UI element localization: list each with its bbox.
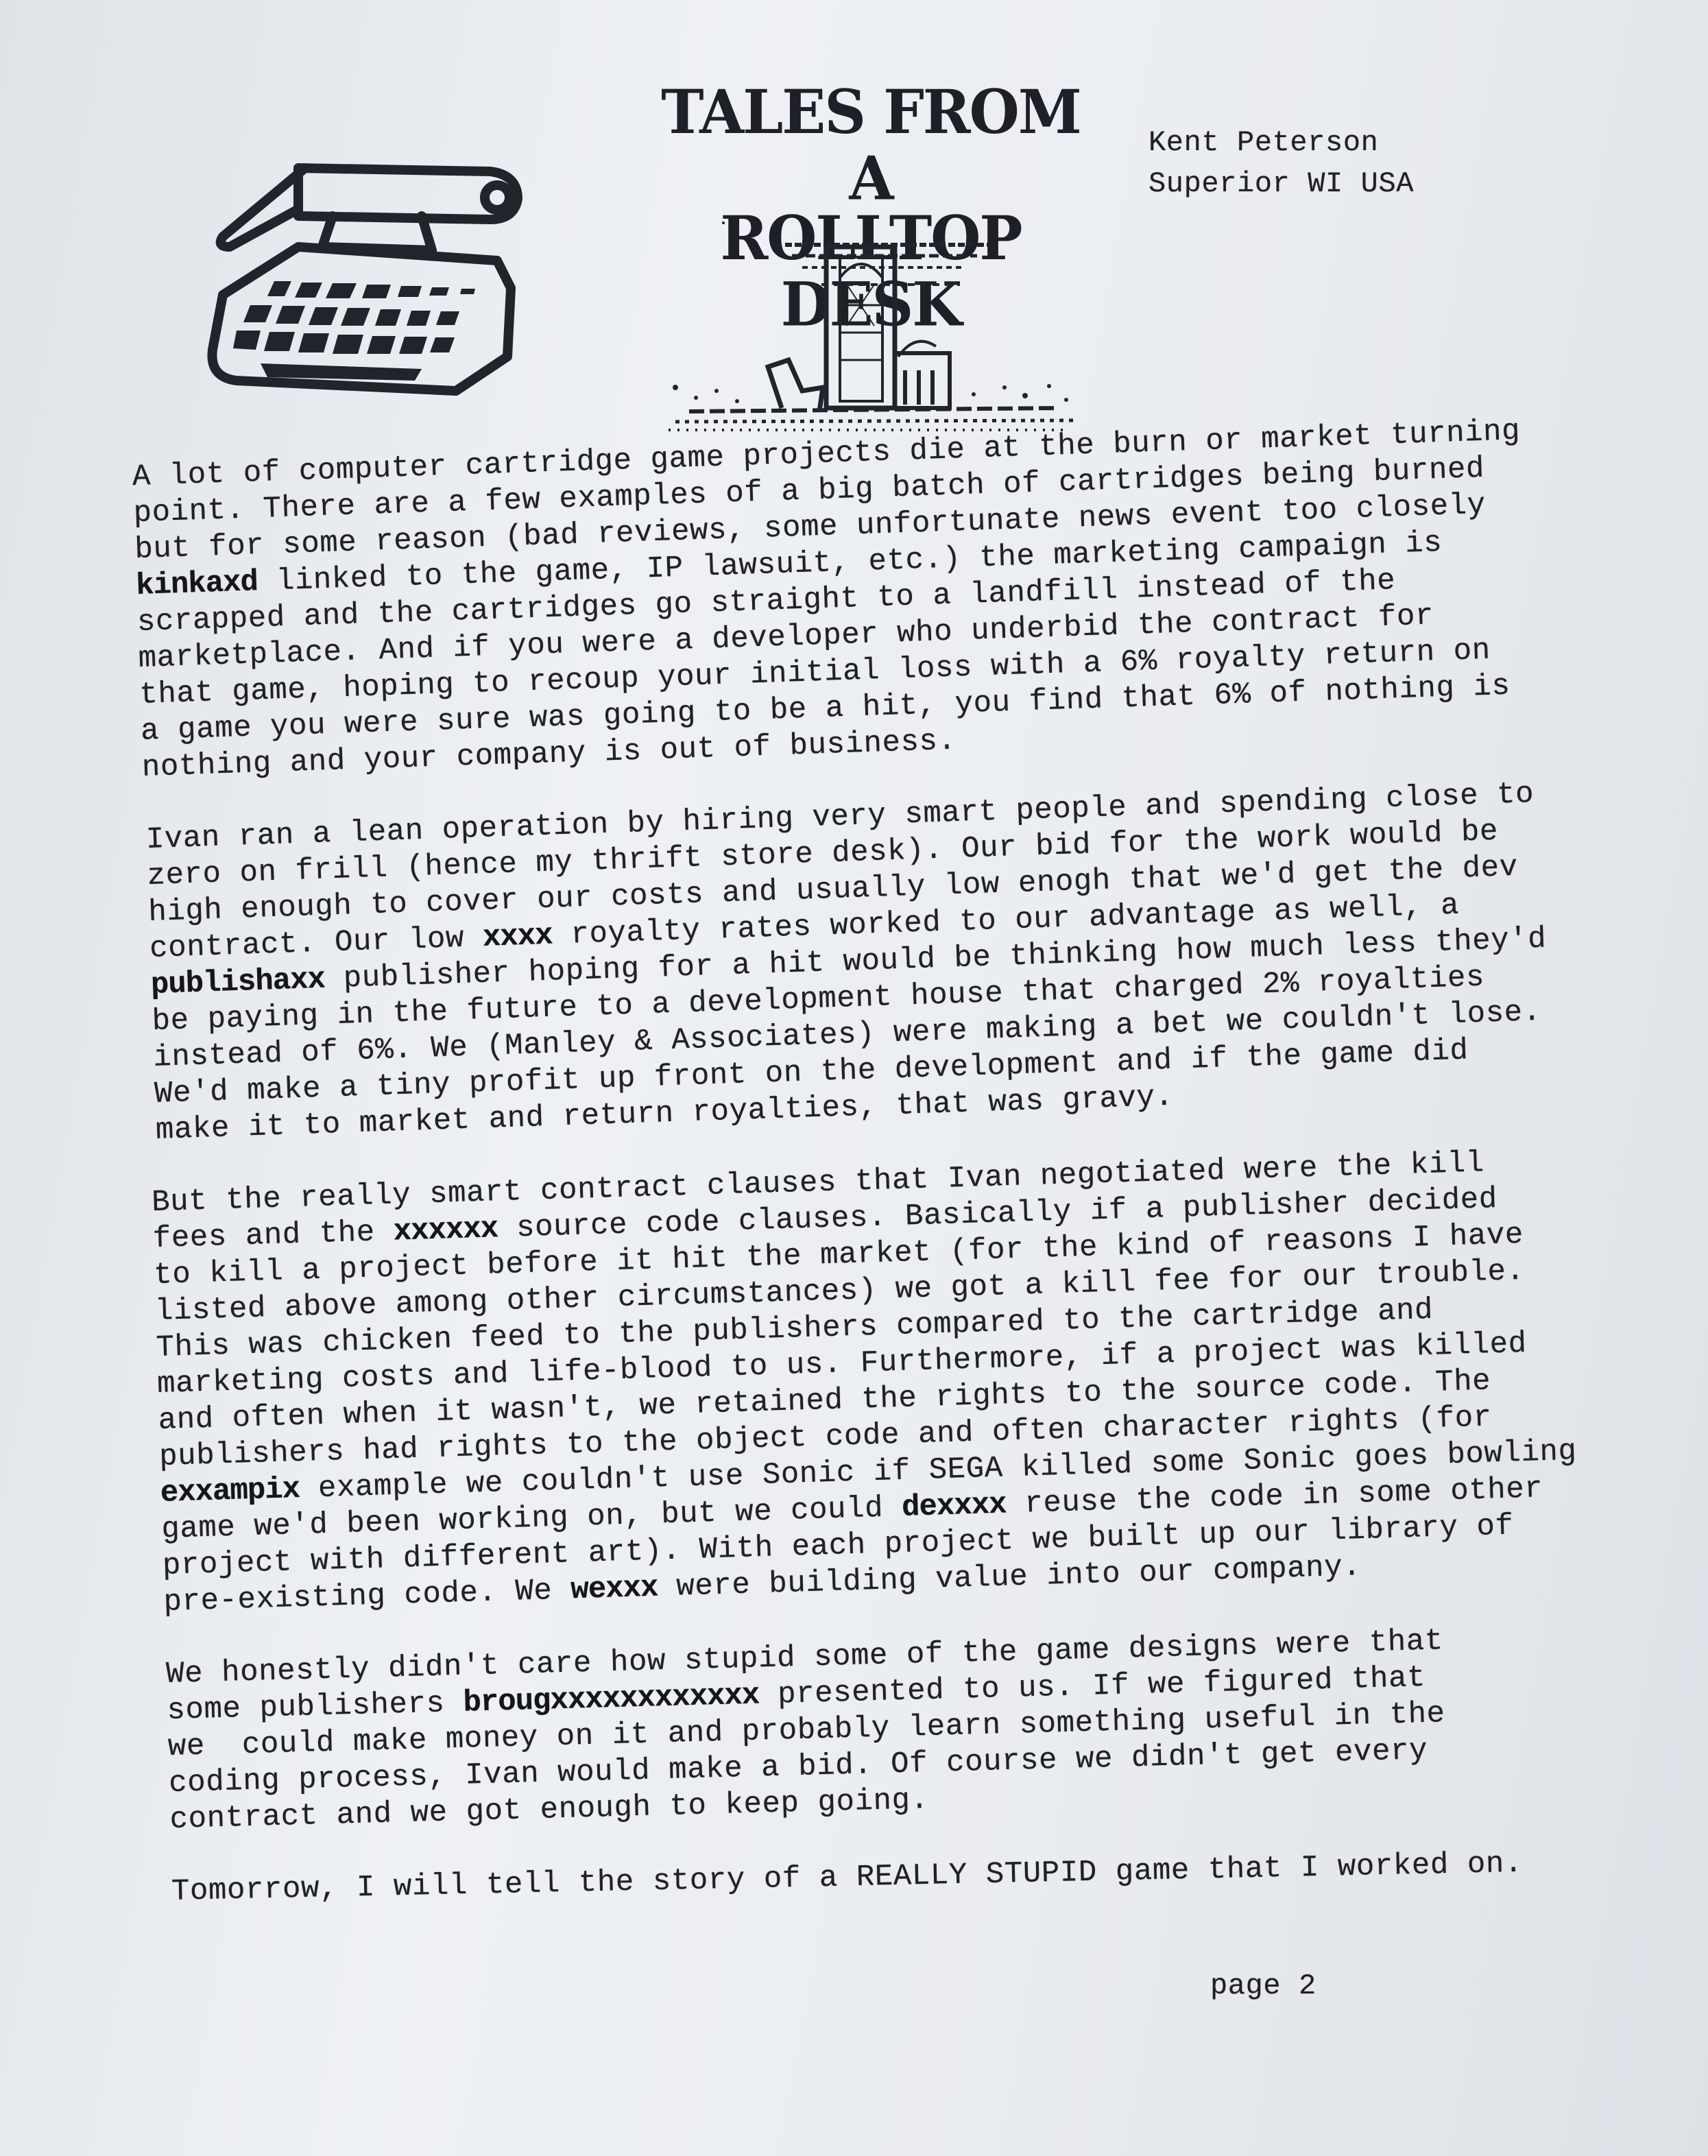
struck-out-text: publishaxx (150, 963, 326, 1003)
author-block: Kent Peterson Superior WI USA (1148, 122, 1414, 204)
struck-out-text: xxxxxx (393, 1212, 498, 1249)
paragraph: But the really smart contract clauses th… (152, 1142, 1617, 1621)
article-body: A lot of computer cartridge game project… (137, 459, 1611, 1946)
typewriter-icon (195, 151, 552, 398)
paragraph: Ivan ran a lean operation by hiring very… (145, 774, 1616, 1149)
struck-out-text: dexxxx (901, 1487, 1007, 1525)
text-segment: Tomorrow, I will tell the story of a REA… (171, 1847, 1523, 1909)
text-segment: fees and the (152, 1215, 394, 1256)
struck-out-text: wexxx (570, 1570, 658, 1607)
text-segment: some publishers (167, 1686, 464, 1728)
paragraph: We honestly didn't care how stupid some … (166, 1619, 1613, 1838)
text-line: Tomorrow, I will tell the story of a REA… (171, 1844, 1611, 1911)
struck-out-text: brougxxxxxxxxxxxx (463, 1678, 760, 1720)
paragraph: Tomorrow, I will tell the story of a REA… (171, 1844, 1611, 1911)
rolltop-desk-illustration (648, 216, 1087, 435)
struck-out-text: exxampix (160, 1472, 300, 1511)
masthead-title-line1: TALES FROM A (645, 79, 1097, 211)
paragraph: A lot of computer cartridge game project… (132, 411, 1616, 787)
author-location: Superior WI USA (1148, 163, 1414, 204)
author-name: Kent Peterson (1148, 122, 1414, 163)
page-number: page 2 (1210, 1968, 1316, 2004)
struck-out-text: xxxx (482, 919, 553, 955)
struck-out-text: kinkaxd (135, 565, 258, 603)
